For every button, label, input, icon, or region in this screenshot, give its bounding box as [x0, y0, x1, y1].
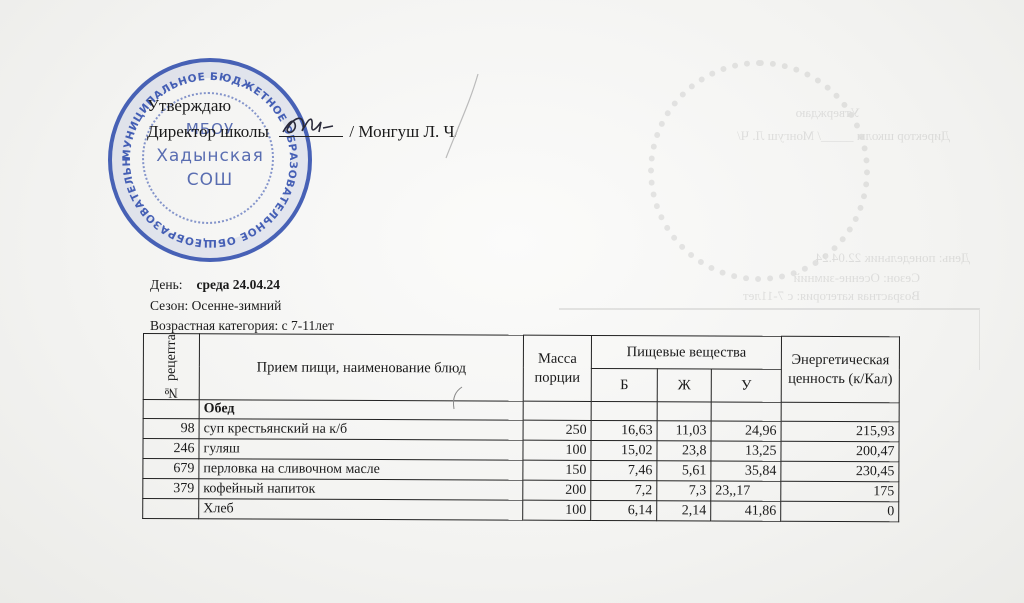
header-energy: Энергетическая ценность (к/Кал) — [781, 336, 899, 403]
dish-name-cell: перловка на сливочном масле — [199, 459, 523, 480]
fat-cell: 23,8 — [657, 441, 711, 461]
day-label: День: — [150, 277, 183, 292]
fat-cell: 2,14 — [657, 501, 711, 521]
recipe-cell: 379 — [143, 479, 199, 499]
energy-cell: 215,93 — [781, 422, 899, 443]
energy-cell: 0 — [781, 502, 899, 523]
fat-cell: 11,03 — [657, 421, 711, 441]
carbs-cell: 41,86 — [711, 501, 781, 521]
dish-name-cell: Хлеб — [199, 499, 523, 520]
protein-cell: 15,02 — [591, 441, 657, 461]
header-fat: Ж — [657, 368, 711, 402]
recipe-cell: 246 — [143, 439, 199, 459]
day-line: День:среда 24.04.24 — [150, 277, 280, 293]
approval-block: Утверждаю Директор школы / Монгуш Л. Ч/ — [147, 93, 459, 145]
season-line: Сезон: Осенне-зимний — [150, 298, 281, 314]
fat-cell: 5,61 — [657, 461, 711, 481]
age-category-line: Возрастная категория: с 7-11лет — [150, 318, 334, 334]
recipe-cell: 98 — [143, 419, 199, 439]
energy-cell: 175 — [781, 482, 899, 503]
protein-cell: 7,2 — [591, 481, 657, 501]
protein-cell: 7,46 — [591, 461, 657, 481]
section-label: Обед — [199, 400, 523, 420]
table-row: Хлеб1006,142,1441,860 — [143, 499, 899, 522]
dish-name-cell: суп крестьянский на к/б — [199, 419, 523, 440]
fat-cell: 7,3 — [657, 481, 711, 501]
stamp-center-line: СОШ — [112, 170, 308, 190]
energy-cell: 230,45 — [781, 462, 899, 483]
header-recipe-no: № рецепта — [143, 334, 199, 401]
mass-cell: 150 — [523, 461, 591, 481]
cell-empty — [523, 402, 591, 421]
recipe-cell: 679 — [143, 459, 199, 479]
stamp-center-line: Хадынская — [112, 146, 308, 166]
carbs-cell: 23,,17 — [711, 481, 781, 501]
energy-cell: 200,47 — [781, 442, 899, 463]
mass-cell: 100 — [523, 501, 591, 521]
mass-cell: 200 — [523, 481, 591, 501]
cell-empty — [711, 402, 781, 421]
cell-empty — [143, 400, 199, 419]
dish-name-cell: гуляш — [199, 439, 523, 460]
header-recipe-no-text: № рецепта — [163, 334, 179, 399]
protein-cell: 6,14 — [591, 501, 657, 521]
carbs-cell: 35,84 — [711, 461, 781, 481]
dish-name-cell: кофейный напиток — [199, 479, 523, 500]
protein-cell: 16,63 — [591, 421, 657, 441]
cell-empty — [657, 402, 711, 421]
cell-empty — [781, 403, 899, 423]
cell-empty — [591, 402, 657, 421]
director-name: / Монгуш Л. Ч/ — [349, 122, 459, 141]
official-stamp: МУНИЦИПАЛЬНОЕ БЮДЖЕТНОЕ ОБРАЗОВАТЕЛЬНОЕ … — [108, 58, 312, 262]
director-position: Директор школы — [147, 122, 269, 141]
header-mass: Масса порции — [523, 335, 591, 402]
recipe-cell — [143, 499, 199, 519]
mass-cell: 100 — [523, 441, 591, 461]
signature-scribble-icon — [279, 112, 343, 138]
signature — [279, 122, 343, 137]
header-carbs: У — [711, 369, 781, 403]
header-protein: Б — [591, 368, 657, 402]
header-meal-name: Прием пищи, наименование блюд — [199, 334, 523, 402]
day-value: среда 24.04.24 — [197, 277, 281, 292]
carbs-cell: 13,25 — [711, 441, 781, 461]
mass-cell: 250 — [523, 421, 591, 441]
carbs-cell: 24,96 — [711, 421, 781, 441]
menu-table: № рецепта Прием пищи, наименование блюд … — [142, 333, 900, 523]
header-nutrients: Пищевые вещества — [591, 335, 781, 368]
